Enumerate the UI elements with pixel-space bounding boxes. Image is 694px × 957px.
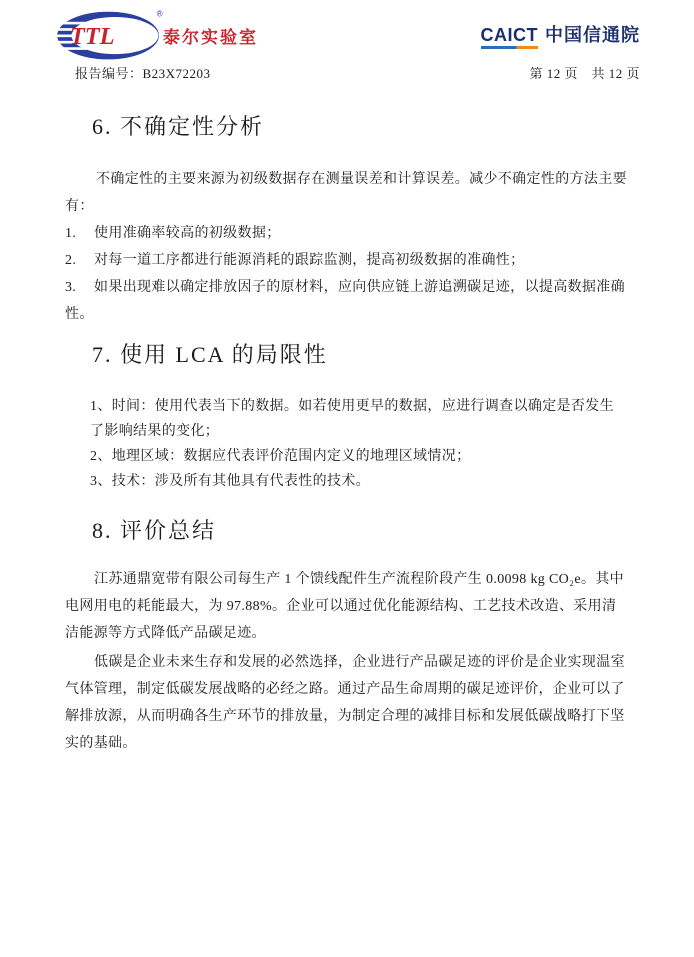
section-7-list-item: 1、时间：使用代表当下的数据。如若使用更早的数据，应进行调查以确定是否发生了影响… [90,394,628,444]
header-meta-row: 报告编号：B23X72203 第 12 页 共 12 页 [0,61,694,82]
caict-acronym-text: CAICT [481,25,539,49]
report-number: 报告编号：B23X72203 [75,63,211,82]
registered-trademark-icon: ® [157,9,163,18]
ttl-chinese-name: 泰尔实验室 [163,23,258,48]
ttl-acronym-text: TTL [70,23,115,50]
section-6-list-item: 1.使用准确率较高的初级数据； [65,220,628,247]
header-logo-row: TTL ® 泰尔实验室 CAICT 中国信通院 [0,0,694,61]
ttl-ellipse-logo-icon: TTL ® [55,8,177,61]
section-8-title: 8. 评价总结 [92,516,628,546]
section-8-paragraph: 江苏通鼎宽带有限公司每生产 1 个馈线配件生产流程阶段产生 0.0098 kg … [65,566,628,647]
ttl-laboratory-logo: TTL ® 泰尔实验室 [55,8,258,61]
list-item-text: 使用准确率较高的初级数据； [94,226,281,241]
list-item-text: 对每一道工序都进行能源消耗的跟踪监测，提高初级数据的准确性； [94,253,525,268]
section-7-title: 7. 使用 LCA 的局限性 [92,340,628,370]
section-8-paragraph: 低碳是企业未来生存和发展的必然选择，企业进行产品碳足迹的评价是企业实现温室气体管… [65,649,628,757]
page-indicator: 第 12 页 共 12 页 [529,63,640,82]
list-item-text: 时间：使用代表当下的数据。如若使用更早的数据，应进行调查以确定是否发生了影响结果… [90,399,614,439]
caict-chinese-name: 中国信通院 [545,21,640,47]
section-6-list-item: 2.对每一道工序都进行能源消耗的跟踪监测，提高初级数据的准确性； [65,247,628,274]
list-item-marker: 2. [65,247,94,274]
list-item-marker: 2、 [90,449,112,464]
list-item-text: 地理区域：数据应代表评价范围内定义的地理区域情况； [112,449,471,464]
section-6-intro-paragraph: 不确定性的主要来源为初级数据存在测量误差和计算误差。减少不确定性的方法主要有： [65,166,628,220]
section-7-list-item: 2、地理区域：数据应代表评价范围内定义的地理区域情况； [90,444,628,469]
list-item-marker: 3. [65,274,94,301]
section-7-list: 1、时间：使用代表当下的数据。如若使用更早的数据，应进行调查以确定是否发生了影响… [65,394,628,494]
list-item-marker: 1. [65,220,94,247]
section-6-list-item: 3.如果出现难以确定排放因子的原材料，应向供应链上游追溯碳足迹，以提高数据准确性… [65,274,628,328]
document-page: TTL ® 泰尔实验室 CAICT 中国信通院 报告编号：B23X72203 第… [0,0,694,957]
list-item-text: 技术：涉及所有其他具有代表性的技术。 [112,474,370,489]
section-6-title: 6. 不确定性分析 [92,112,628,142]
list-item-text: 如果出现难以确定排放因子的原材料，应向供应链上游追溯碳足迹，以提高数据准确性。 [65,280,625,322]
caict-logo: CAICT 中国信通院 [481,21,641,49]
list-item-marker: 3、 [90,474,112,489]
section-7-list-item: 3、技术：涉及所有其他具有代表性的技术。 [90,469,628,494]
list-item-marker: 1、 [90,399,112,414]
page-header: TTL ® 泰尔实验室 CAICT 中国信通院 报告编号：B23X72203 第… [0,0,694,82]
document-content: 6. 不确定性分析 不确定性的主要来源为初级数据存在测量误差和计算误差。减少不确… [0,112,694,757]
